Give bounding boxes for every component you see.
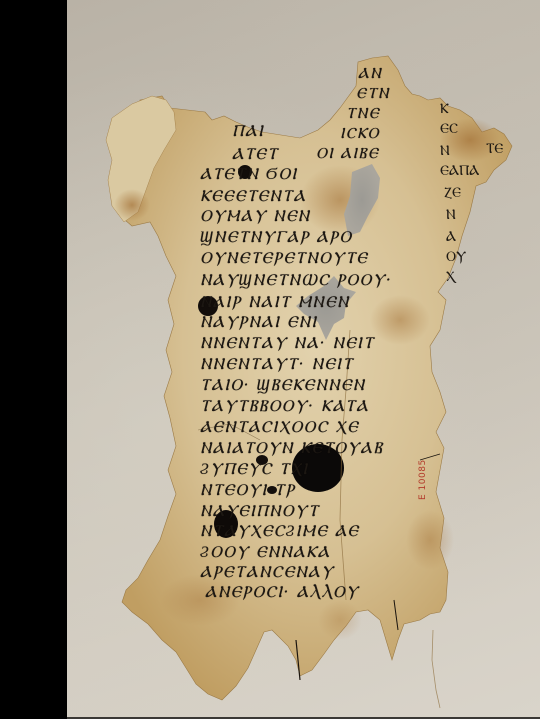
text-line: ⲚⲀⲒⲀⲦⲞⲨⲚ ⲔⲈⲦⲞⲨⲀⲂ bbox=[200, 438, 383, 458]
side-fragment-text: ⲦⲈ bbox=[486, 138, 526, 160]
margin-letter: ⲌⲈ bbox=[444, 182, 484, 204]
text-line: ϨⲞⲞⲨ ⲈⲚⲚⲀⲔⲀ bbox=[200, 542, 331, 562]
margin-letter: ⲞⲨ bbox=[446, 246, 486, 268]
margin-letter: ⲈⲀⲠⲀ bbox=[440, 160, 520, 182]
text-line: ⲚⲀⲨⲈⲒⲠⲚⲞⲨⲦ bbox=[200, 501, 319, 521]
text-line: ⲀⲦⲈⲦ bbox=[232, 144, 278, 164]
text-line: ⲦⲀⲨⲦⲂⲂⲞⲞⲨ· ⲔⲀⲦⲀ bbox=[200, 396, 369, 416]
text-line: ⲀⲚⲈⲢⲞⲤⲒ· ⲀⲖⲖⲞⲨ bbox=[205, 582, 359, 602]
text-line: ⲚⲚⲈⲚⲦⲀⲨⲦ· ⲚⲈⲒⲦ bbox=[200, 354, 354, 374]
text-line: ⲚⲦⲀⲨⲬⲈⲤϨⲒⲘⲈ ⲀⲈ bbox=[200, 521, 359, 541]
text-line: ⲦⲀⲒⲞ· ϢⲂⲈⲔⲈⲚⲚⲈⲚ bbox=[200, 375, 365, 395]
margin-letter: Ⲛ bbox=[446, 204, 486, 226]
text-line-top-right: ⲒⲤⲔⲞ bbox=[340, 124, 380, 142]
shelfmark-label: E 10085 bbox=[418, 459, 428, 500]
margin-letter: ⲈⲤ bbox=[440, 118, 480, 140]
text-line: ϨⲨⲠⲈⲨⲤ ⲦⲬⲒ bbox=[200, 459, 308, 479]
text-line: ϢⲚⲈⲦⲚⲨⲄⲀⲢ ⲀⲢⲞ bbox=[200, 227, 352, 247]
margin-letter: Ⲭ bbox=[446, 266, 486, 288]
margin-letter: Ⲁ bbox=[446, 226, 486, 248]
text-line: ⲚⲀⲒⲢ ⲚⲀⲒⲦ ⲘⲚⲈⲚ bbox=[200, 292, 350, 312]
text-line-top-right: ⲞⲒ ⲀⲒⲂⲈ bbox=[316, 144, 379, 162]
text-line-top-right: ⲈⲦⲚ bbox=[356, 84, 390, 102]
text-block: ⲠⲀⲒ ⲀⲦⲈⲦ ⲀⲦⲈⲦⲚ ϬⲞⲒ ⲔⲈⲈⲈⲦⲈⲚⲦⲀ ⲞⲨⲘⲀⲨ ⲚⲈⲚ Ϣ… bbox=[0, 0, 540, 719]
text-line: ⲔⲈⲈⲈⲦⲈⲚⲦⲀ bbox=[200, 186, 307, 206]
text-line: ⲀⲢⲈⲦⲀⲚⲤⲈⲚⲀⲨ bbox=[200, 562, 334, 582]
text-line: ⲚⲚⲈⲚⲦⲀⲨ ⲚⲀ· ⲚⲈⲒⲦ bbox=[200, 333, 375, 353]
text-line: ⲀⲈⲚⲦⲀⲤⲒⲬⲞⲞⲤ ⲬⲈ bbox=[200, 417, 359, 437]
text-line: ⲚⲀⲨϢⲚⲈⲦⲚⲰⲤ ⲢⲞⲞⲨ· bbox=[200, 270, 392, 290]
text-line: ⲀⲦⲈⲦⲚ ϬⲞⲒ bbox=[200, 164, 298, 184]
text-line-top-right: ⲦⲚⲈ bbox=[346, 104, 380, 122]
margin-letter: Ⲕ bbox=[440, 98, 480, 120]
text-line: ⲠⲀⲒ bbox=[232, 121, 264, 141]
margin-letter: Ⲛ bbox=[440, 140, 480, 162]
text-line-top-right: ⲀⲚ bbox=[358, 64, 382, 82]
text-line: ⲚⲦⲈⲞⲨⲒ ⲦⲢ bbox=[200, 480, 295, 500]
text-line: ⲚⲀⲨⲢⲚⲀⲒ ⲈⲚⲒ bbox=[200, 312, 317, 332]
text-line: ⲞⲨⲚⲈⲦⲈⲢⲈⲦⲚⲞⲨⲦⲈ bbox=[200, 248, 368, 268]
text-line: ⲞⲨⲘⲀⲨ ⲚⲈⲚ bbox=[200, 206, 310, 226]
